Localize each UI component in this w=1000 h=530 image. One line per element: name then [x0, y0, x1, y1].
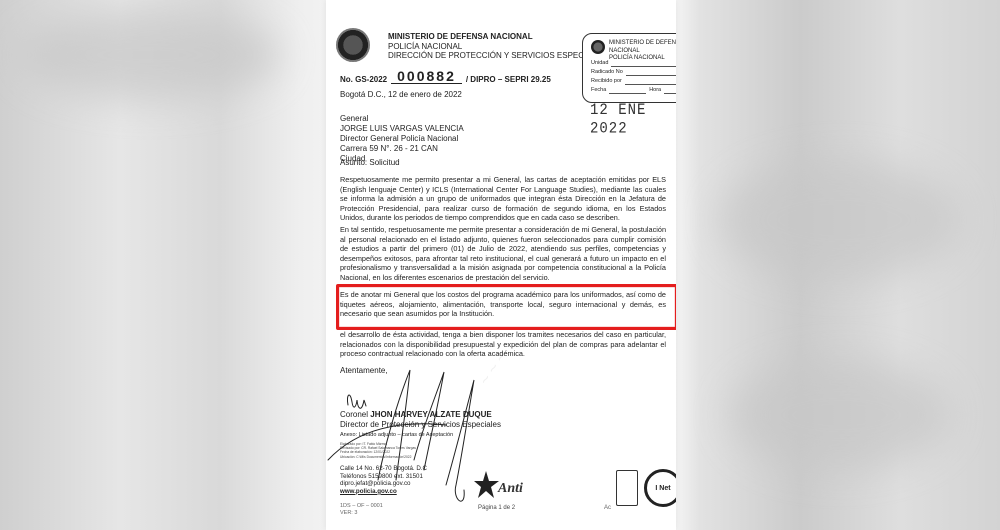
document-page: MINISTERIO DE DEFENSA NACIONAL POLICÍA N… — [326, 0, 676, 530]
signer-position: Director de Protección y Servicios Espec… — [340, 420, 501, 430]
anti-corruption-star-logo: Anti — [474, 470, 534, 504]
contact-website-link[interactable]: www.policia.gov.co — [340, 488, 427, 496]
paragraph-2: En tal sentido, respetuosamente me permi… — [340, 225, 666, 283]
form-code: 1DS – OF – 0001 VER: 3 — [340, 503, 383, 517]
stamp-field: Unidad — [591, 60, 676, 67]
background-blur — [730, 360, 950, 470]
stamp-field: Radicado No — [591, 69, 676, 76]
police-crest-logo — [336, 28, 370, 62]
signer-block: Coronel JHON HARVEY ALZATE DUQUE Directo… — [340, 410, 501, 430]
background-blur — [720, 160, 960, 280]
prepared-by-block: Elaborado por: IT. Fabio Mármol Revisado… — [340, 442, 416, 459]
prepared-by-line: Ubicación: C:\Mis Documentos\Información… — [340, 455, 416, 459]
red-highlight-box — [336, 284, 676, 330]
stamp-field-label: Hora — [649, 87, 661, 94]
letter-date: Bogotá D.C., 12 de enero de 2022 — [340, 90, 462, 99]
svg-text:Anti: Anti — [497, 481, 523, 496]
reference-prefix: No. GS-2022 — [340, 75, 387, 84]
contact-phone: Teléfonos 5159800 ext. 31501 — [340, 473, 427, 481]
stamp-date: 12 ENE 2022 — [590, 102, 676, 139]
closing: Atentamente, — [340, 366, 388, 375]
ac-label: Ac — [604, 505, 611, 511]
paragraph-1: Respetuosamente me permito presentar a m… — [340, 175, 666, 223]
stamp-title-line: MINISTERIO DE DEFENSA NACIONAL — [609, 40, 676, 55]
stamp-field-label: Fecha — [591, 87, 606, 94]
contact-email[interactable]: dipro.jefat@policia.gov.co — [340, 480, 427, 488]
subject-line: Asunto: Solicitud — [340, 158, 400, 167]
contact-block: Calle 14 No. 62-70 Bogotá. D.C Teléfonos… — [340, 465, 427, 495]
recipient-rank: General — [340, 114, 464, 124]
reference-suffix: / DIPRO – SEPRI 29.25 — [466, 75, 551, 84]
reference-code: 000882 — [391, 69, 462, 84]
signer-name: JHON HARVEY ALZATE DUQUE — [370, 410, 492, 419]
police-title: POLICÍA NACIONAL — [388, 42, 607, 52]
letterhead: MINISTERIO DE DEFENSA NACIONAL POLICÍA N… — [388, 32, 607, 61]
form-code-line: 1DS – OF – 0001 — [340, 503, 383, 510]
recipient-position: Director General Policía Nacional — [340, 134, 464, 144]
iso-certification-logo — [616, 470, 638, 506]
stamp-field-label: Unidad — [591, 60, 608, 67]
recipient-name: JORGE LUIS VARGAS VALENCIA — [340, 124, 464, 134]
background-blur — [20, 10, 280, 100]
annex-note: Anexo: Listado adjunto – cartas de Acept… — [340, 432, 453, 438]
recipient-address: Carrera 59 N°. 26 - 21 CAN — [340, 144, 464, 154]
signer-rank: Coronel — [340, 410, 368, 419]
form-version: VER: 3 — [340, 510, 383, 517]
stamp-crest-icon — [591, 40, 605, 54]
stamp-field: FechaHora — [591, 87, 676, 94]
contact-address: Calle 14 No. 62-70 Bogotá. D.C — [340, 465, 427, 473]
reference-number: No. GS-2022 000882 / DIPRO – SEPRI 29.25 — [340, 69, 551, 84]
stamp-field: Recibido por — [591, 78, 676, 85]
page-indicator: Página 1 de 2 — [478, 505, 515, 511]
inet-certification-logo: I Net — [644, 469, 676, 507]
recipient-block: General JORGE LUIS VARGAS VALENCIA Direc… — [340, 114, 464, 164]
direction-title: DIRECCIÓN DE PROTECCIÓN Y SERVICIOS ESPE… — [388, 51, 607, 61]
stamp-field-label: Radicado No — [591, 69, 623, 76]
receipt-stamp: MINISTERIO DE DEFENSA NACIONAL POLICÍA N… — [582, 33, 676, 103]
stamp-field-label: Recibido por — [591, 78, 622, 85]
ministry-title: MINISTERIO DE DEFENSA NACIONAL — [388, 32, 607, 42]
